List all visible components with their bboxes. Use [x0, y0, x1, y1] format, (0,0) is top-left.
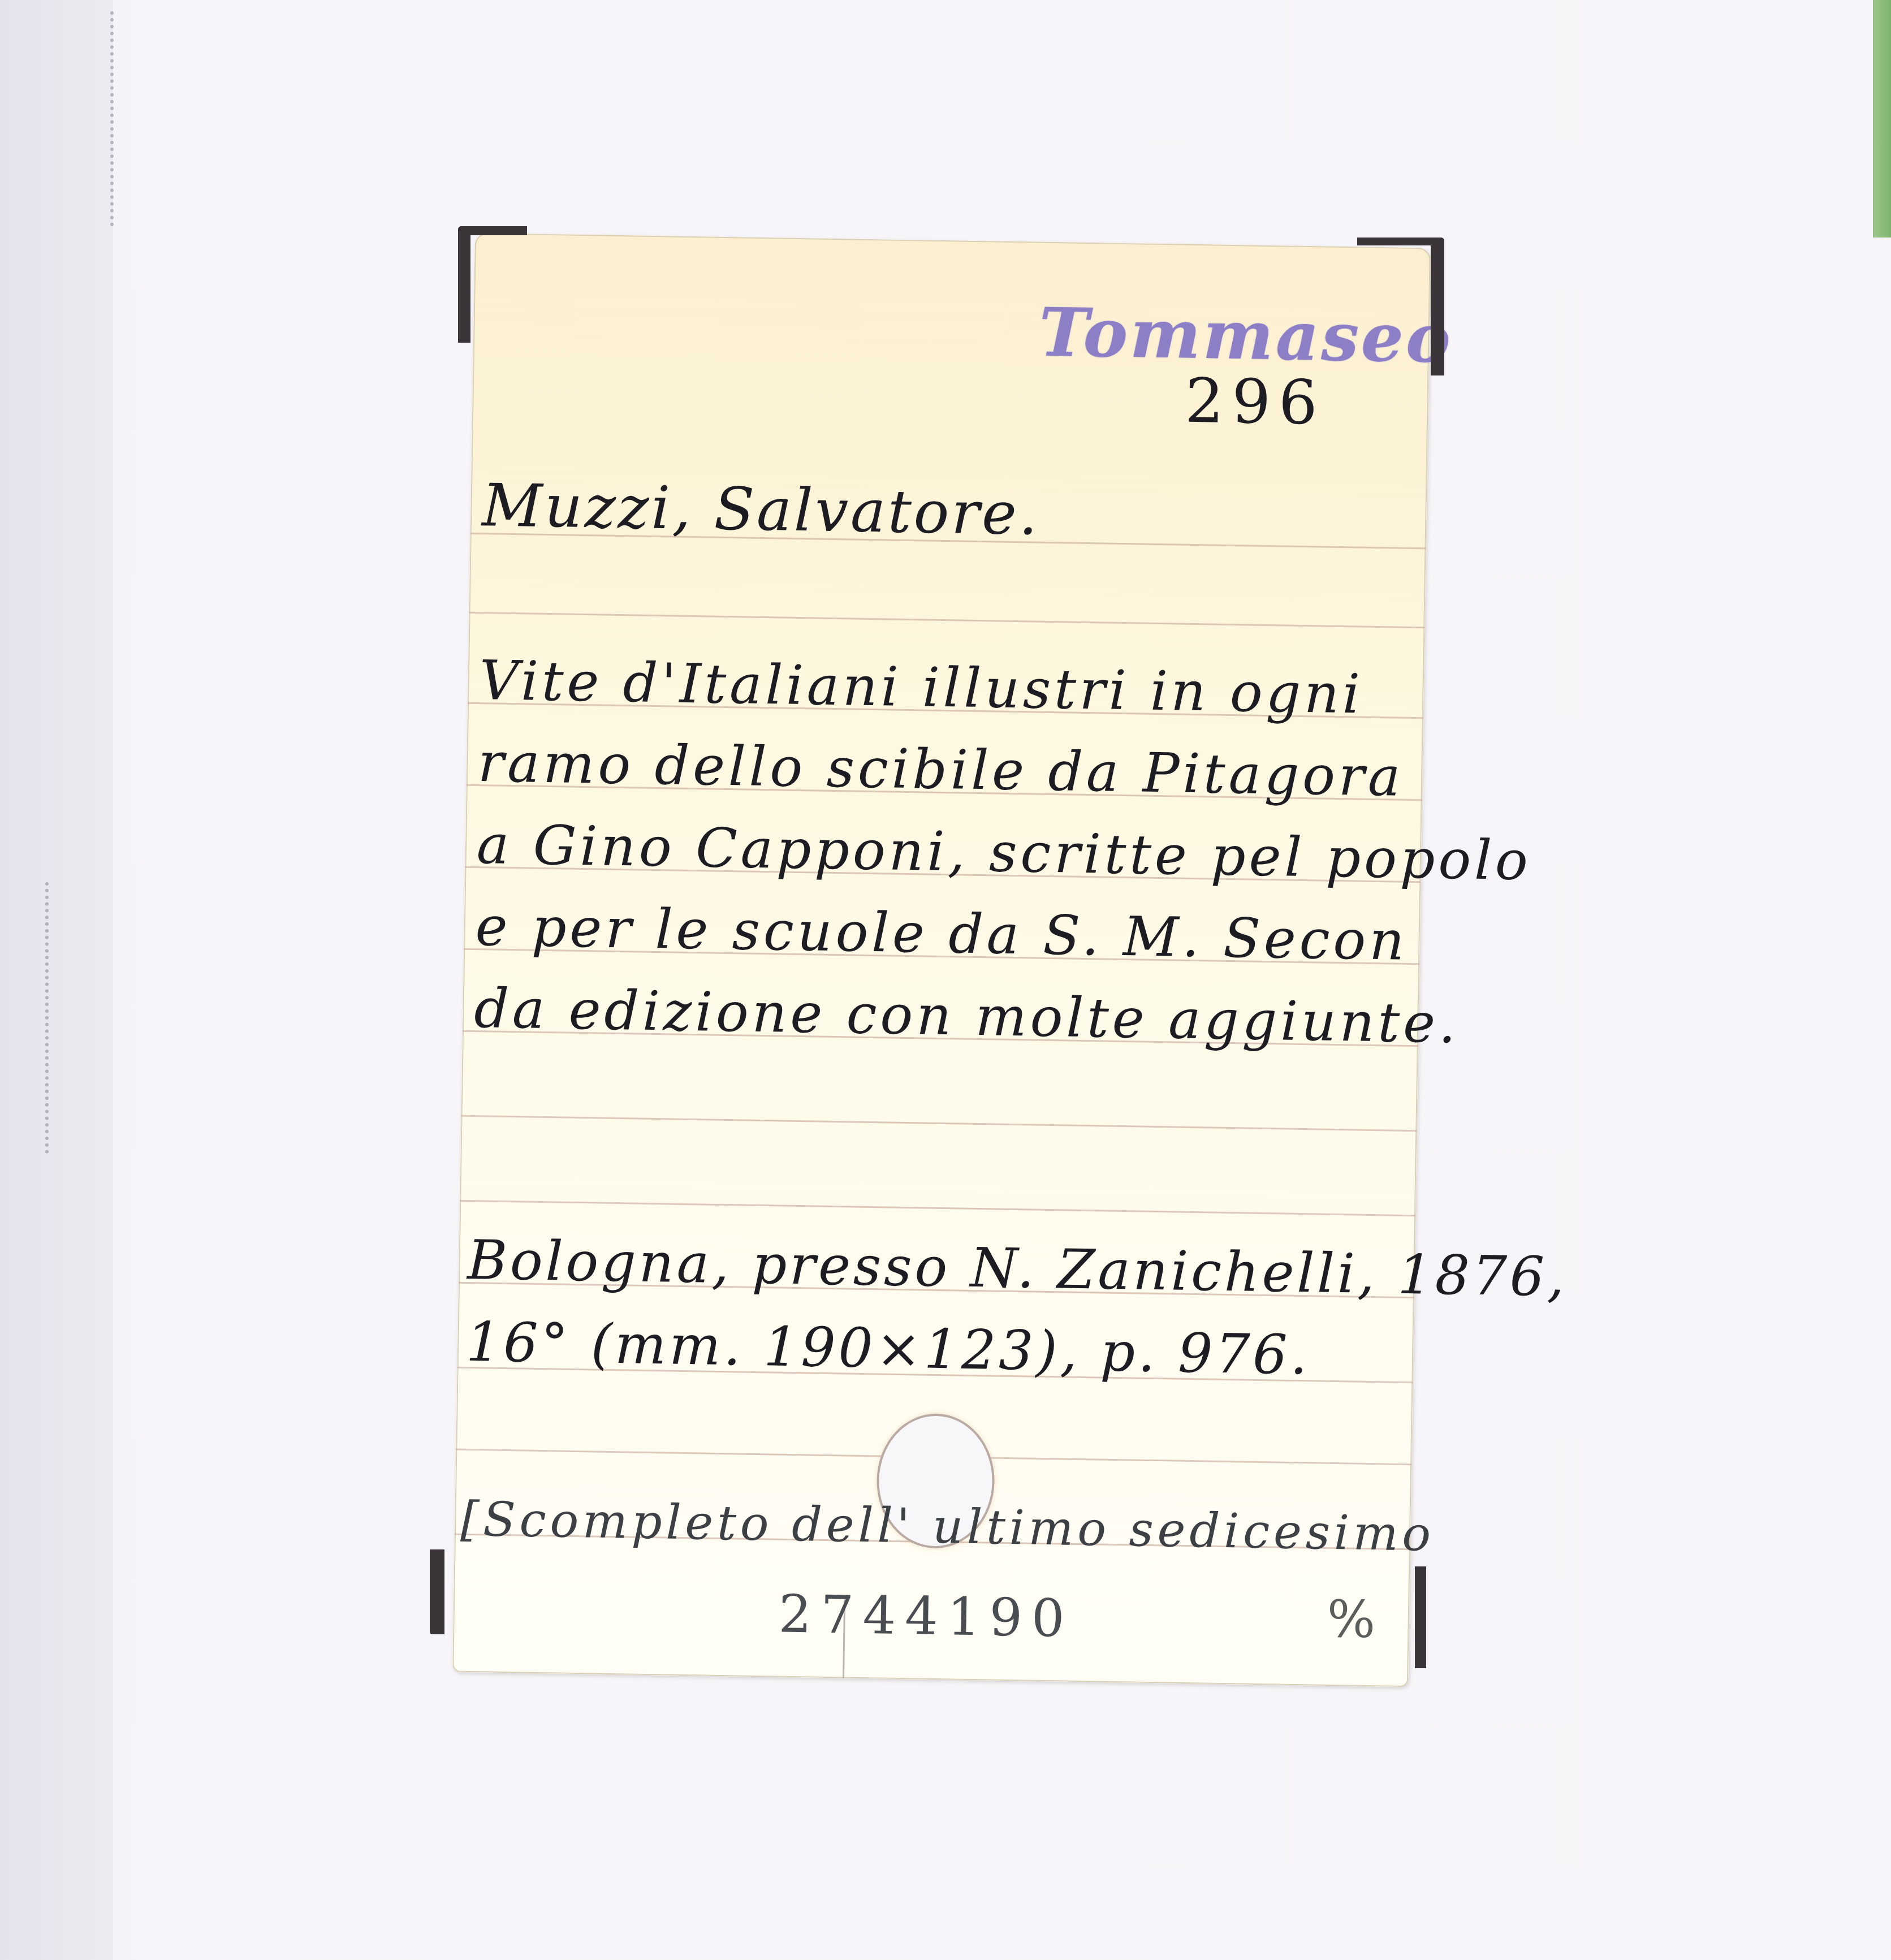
title-line: a Gino Capponi, scritte pel popolo	[476, 813, 1531, 892]
card-ruling	[461, 1115, 1417, 1132]
imprint-line: Bologna, presso N. Zanichelli, 1876,	[467, 1228, 1568, 1309]
photo-corner-top-left	[458, 226, 527, 343]
card-ruling	[469, 612, 1425, 629]
catalog-card: Tommaseo 296 Muzzi, Salvatore. Vite d'It…	[452, 233, 1431, 1687]
imprint-line: 16° (mm. 190×123), p. 976.	[465, 1310, 1310, 1387]
title-line: da edizione con molte aggiunte.	[474, 977, 1460, 1055]
title-line: Vite d'Italiani illustri in ogni	[479, 649, 1364, 726]
author-heading: Muzzi, Salvatore.	[482, 470, 1041, 548]
corner-mark: %	[1327, 1590, 1378, 1650]
accession-number: 2744190	[778, 1584, 1074, 1649]
photo-corner-bottom-right	[1392, 1566, 1426, 1668]
green-edge-strip	[1873, 0, 1891, 238]
photo-corner-bottom-left	[430, 1549, 467, 1634]
perforation-marks	[110, 11, 117, 226]
perforation-marks	[45, 882, 52, 1154]
photo-corner-top-right	[1357, 238, 1444, 375]
shelf-number: 296	[1185, 366, 1326, 439]
title-line: ramo dello scibile da Pitagora	[478, 731, 1405, 809]
incomplete-note: [Scompleto dell' ultimo sedicesimo	[460, 1491, 1435, 1562]
background-paper-strip	[0, 0, 113, 1960]
card-ruling	[460, 1200, 1415, 1217]
title-line: e per le scuole da S. M. Secon	[475, 895, 1408, 973]
